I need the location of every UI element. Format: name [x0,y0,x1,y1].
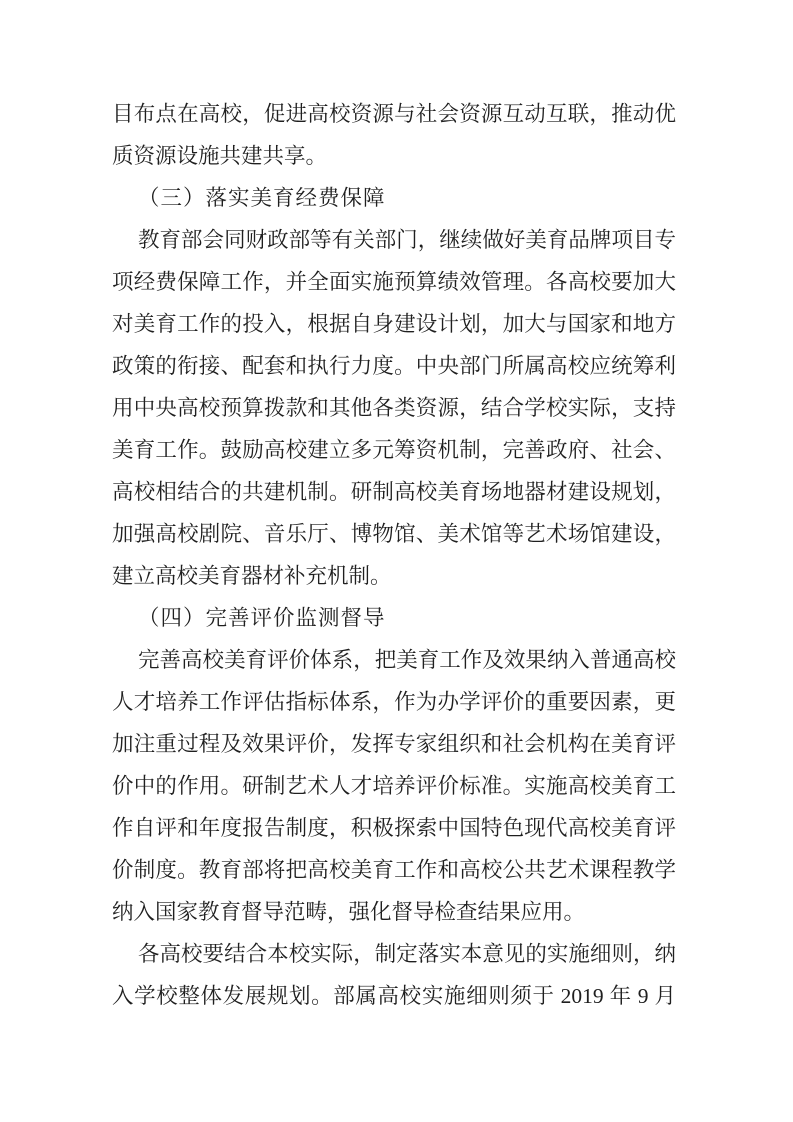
section-heading: （四）完善评价监测督导 [112,597,676,639]
text-line: 政策的衔接、配套和执行力度。中央部门所属高校应统筹利 [112,345,676,387]
text-line: 教育部会同财政部等有关部门，继续做好美育品牌项目专 [112,219,676,261]
text-line: 纳入国家教育督导范畴，强化督导检查结果应用。 [112,891,676,933]
text-line: 用中央高校预算拨款和其他各类资源，结合学校实际，支持 [112,387,676,429]
document-lines: 目布点在高校，促进高校资源与社会资源互动互联，推动优质资源设施共建共享。（三）落… [112,93,676,1017]
text-line: 对美育工作的投入，根据自身建设计划，加大与国家和地方 [112,303,676,345]
text-line: 完善高校美育评价体系，把美育工作及效果纳入普通高校 [112,639,676,681]
text-line: 加注重过程及效果评价，发挥专家组织和社会机构在美育评 [112,723,676,765]
text-line: 人才培养工作评估指标体系，作为办学评价的重要因素，更 [112,681,676,723]
text-line: 美育工作。鼓励高校建立多元筹资机制，完善政府、社会、 [112,429,676,471]
document-page: 目布点在高校，促进高校资源与社会资源互动互联，推动优质资源设施共建共享。（三）落… [0,0,793,1122]
text-line: 高校相结合的共建机制。研制高校美育场地器材建设规划， [112,471,676,513]
text-line: 质资源设施共建共享。 [112,135,676,177]
text-line: 价中的作用。研制艺术人才培养评价标准。实施高校美育工 [112,765,676,807]
text-line: 建立高校美育器材补充机制。 [112,555,676,597]
text-line: 入学校整体发展规划。部属高校实施细则须于 2019 年 9 月 1 [112,975,676,1017]
text-line: 加强高校剧院、音乐厅、博物馆、美术馆等艺术场馆建设， [112,513,676,555]
text-line: 目布点在高校，促进高校资源与社会资源互动互联，推动优 [112,93,676,135]
section-heading: （三）落实美育经费保障 [112,177,676,219]
text-line: 项经费保障工作，并全面实施预算绩效管理。各高校要加大 [112,261,676,303]
text-line: 作自评和年度报告制度，积极探索中国特色现代高校美育评 [112,807,676,849]
text-line: 各高校要结合本校实际，制定落实本意见的实施细则，纳 [112,933,676,975]
text-line: 价制度。教育部将把高校美育工作和高校公共艺术课程教学 [112,849,676,891]
